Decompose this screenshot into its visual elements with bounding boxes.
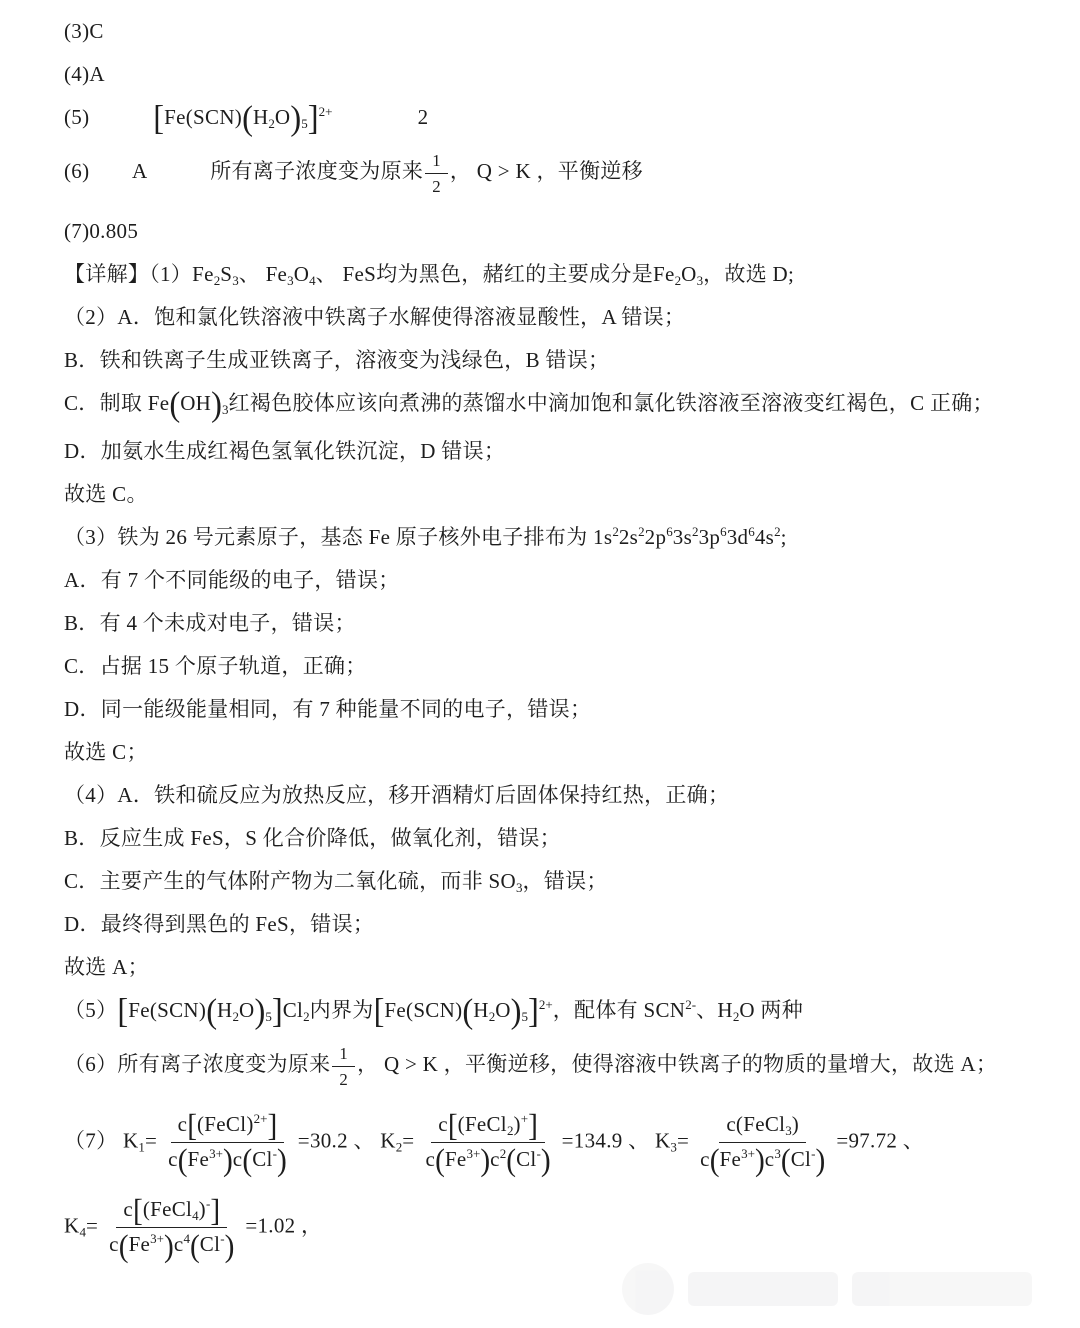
text-run: 故选 C。 — [64, 482, 148, 506]
fraction-denominator: 2 — [332, 1067, 355, 1089]
text-run: (FeCl — [458, 1112, 507, 1136]
text-run: 、 Fe — [239, 262, 287, 286]
fraction-numerator: c[(FeCl2)+] — [431, 1110, 545, 1144]
text-run: ，故选 D; — [703, 262, 794, 286]
text-run: 故选 A； — [64, 955, 149, 979]
bracket-glyph: ( — [190, 1232, 200, 1261]
text-run: (7)0.805 — [64, 219, 138, 243]
fraction: 12 — [425, 150, 448, 197]
fraction: c[(FeCl4)-]c(Fe3+)c4(Cl-) — [102, 1195, 241, 1260]
bracket-glyph: ( — [242, 1147, 252, 1176]
bracket-glyph: ) — [755, 1147, 765, 1176]
text-line: (4)A — [64, 59, 1062, 89]
text-run: O — [275, 105, 290, 129]
text-run: D．最终得到黑色的 FeS，错误； — [64, 912, 374, 936]
text-run: 、H — [696, 998, 733, 1022]
text-run: c — [765, 1147, 775, 1171]
text-run: Fe — [445, 1147, 467, 1171]
text-line: （2）A．饱和氯化铁溶液中铁离子水解使得溶液显酸性，A 错误； — [64, 302, 1062, 332]
fraction-numerator: c[(FeCl)2+] — [171, 1110, 285, 1144]
bracket-glyph: ] — [272, 997, 283, 1029]
text-run: 2 — [332, 105, 428, 129]
fraction: c(FeCl3)c(Fe3+)c3(Cl-) — [693, 1110, 832, 1174]
text-line: C．占据 15 个原子轨道，正确； — [64, 651, 1062, 681]
text-run: =30.2 、 K — [298, 1128, 396, 1152]
text-run: c — [490, 1147, 500, 1171]
superscript: 3+ — [209, 1146, 223, 1161]
superscript: 3+ — [466, 1146, 480, 1161]
text-run: Fe(SCN) — [164, 105, 242, 129]
superscript: 3+ — [150, 1231, 164, 1246]
text-run: OH — [180, 391, 211, 415]
text-run: ) — [513, 1112, 520, 1136]
bracket-glyph: ] — [210, 1197, 220, 1226]
bracket-glyph: ) — [816, 1147, 826, 1176]
text-run: O — [239, 998, 254, 1022]
bracket-glyph: [ — [133, 1197, 143, 1226]
bracket-glyph: [ — [374, 997, 385, 1029]
bracket-glyph: [ — [448, 1112, 458, 1141]
superscript: 2+ — [254, 1111, 268, 1126]
text-run: = — [402, 1128, 414, 1152]
text-run: Fe — [129, 1232, 151, 1256]
bracket-glyph: ) — [211, 390, 222, 422]
bracket-glyph: ( — [169, 390, 180, 422]
text-run: ， Q > K ，平衡逆移 — [450, 159, 643, 183]
bracket-glyph: ( — [506, 1147, 516, 1176]
text-run: c — [174, 1232, 184, 1256]
text-run: H — [473, 998, 488, 1022]
text-line: C．主要产生的气体附产物为二氧化硫，而非 SO3，错误； — [64, 866, 1062, 896]
text-run: O — [294, 262, 309, 286]
text-line: K4=c[(FeCl4)-]c(Fe3+)c4(Cl-)=1.02 ， — [64, 1195, 1062, 1260]
text-line: (6) A 所有离子浓度变为原来12， Q > K ，平衡逆移 — [64, 150, 1062, 197]
text-run: D．加氨水生成红褐色氢氧化铁沉淀，D 错误； — [64, 439, 505, 463]
watermark-logo-icon — [622, 1263, 674, 1315]
text-run: 3s — [673, 525, 692, 549]
text-run: 1 — [339, 1044, 348, 1063]
text-run: Fe — [188, 1147, 210, 1171]
text-line: B．反应生成 FeS，S 化合价降低，做氧化剂，错误； — [64, 823, 1062, 853]
text-run: c — [123, 1197, 133, 1221]
bracket-glyph: [ — [187, 1112, 197, 1141]
text-run: （5） — [64, 998, 117, 1022]
text-run: (6) A 所有离子浓度变为原来 — [64, 159, 423, 183]
bracket-glyph: ) — [541, 1147, 551, 1176]
text-run: A．有 7 个不同能级的电子，错误； — [64, 568, 400, 592]
text-run: （3）铁为 26 号元素原子，基态 Fe 原子核外电子排布为 1s — [64, 525, 612, 549]
text-run: ; — [781, 525, 787, 549]
superscript: + — [521, 1111, 528, 1126]
text-run: 4s — [755, 525, 774, 549]
fraction-denominator: 2 — [425, 174, 448, 196]
text-run: 1 — [432, 151, 441, 170]
text-line: C．制取 Fe(OH)3红褐色胶体应该向煮沸的蒸馏水中滴加饱和氯化铁溶液至溶液变… — [64, 388, 1062, 420]
document-body: (3)C(4)A(5) [Fe(SCN)(H2O)5]2+ 2(6) A 所有离… — [64, 16, 1062, 1260]
watermark-shape — [852, 1272, 1032, 1306]
text-line: D．加氨水生成红褐色氢氧化铁沉淀，D 错误； — [64, 436, 1062, 466]
bracket-glyph: ) — [277, 1147, 287, 1176]
document-page: (3)C(4)A(5) [Fe(SCN)(H2O)5]2+ 2(6) A 所有离… — [0, 0, 1080, 1328]
text-run: O 两种 — [739, 998, 803, 1022]
bracket-glyph: ) — [255, 997, 266, 1029]
text-run: Fe(SCN) — [128, 998, 206, 1022]
text-line: B．有 4 个未成对电子，错误； — [64, 608, 1062, 638]
text-run: 2 — [339, 1070, 348, 1089]
text-run: C．制取 Fe — [64, 391, 169, 415]
text-run: 故选 C； — [64, 740, 148, 764]
text-line: D．最终得到黑色的 FeS，错误； — [64, 909, 1062, 939]
watermark-shape — [688, 1272, 838, 1306]
text-run: ，错误； — [523, 869, 608, 893]
text-run: = — [86, 1213, 98, 1237]
text-line: 故选 A； — [64, 952, 1062, 982]
text-run: ) — [792, 1112, 799, 1136]
text-run: Cl — [252, 1147, 272, 1171]
fraction: 12 — [332, 1043, 355, 1090]
text-run: c — [178, 1112, 188, 1136]
text-line: （7） K1=c[(FeCl)2+]c(Fe3+)c(Cl-)=30.2 、 K… — [64, 1110, 1062, 1175]
text-run: (5) — [64, 105, 153, 129]
bracket-glyph: ( — [435, 1147, 445, 1176]
text-run: K — [64, 1213, 79, 1237]
bracket-glyph: ) — [511, 997, 522, 1029]
bracket-glyph: ( — [242, 103, 253, 135]
text-run: c(FeCl — [726, 1112, 785, 1136]
text-line: (5) [Fe(SCN)(H2O)5]2+ 2 — [64, 102, 1062, 134]
text-run: （4）A．铁和硫反应为放热反应，移开酒精灯后固体保持红热，正确； — [64, 783, 729, 807]
text-line: (7)0.805 — [64, 216, 1062, 246]
text-line: A．有 7 个不同能级的电子，错误； — [64, 565, 1062, 595]
text-run: H — [253, 105, 268, 129]
text-run: ) — [199, 1197, 206, 1221]
text-run: c — [425, 1147, 435, 1171]
bracket-glyph: ( — [119, 1232, 129, 1261]
text-run: （2）A．饱和氯化铁溶液中铁离子水解使得溶液显酸性，A 错误； — [64, 305, 685, 329]
superscript: 2+ — [319, 104, 333, 119]
text-line: （3）铁为 26 号元素原子，基态 Fe 原子核外电子排布为 1s22s22p6… — [64, 522, 1062, 552]
text-run: ，配体有 SCN — [553, 998, 686, 1022]
bracket-glyph: ) — [290, 103, 301, 135]
text-run: C．占据 15 个原子轨道，正确； — [64, 654, 367, 678]
text-run: C．主要产生的气体附产物为二氧化硫，而非 SO — [64, 869, 516, 893]
text-run: O — [681, 262, 696, 286]
text-line: 【详解】（1）Fe2S3、 Fe3O4、 FeS均为黑色，赭红的主要成分是Fe2… — [64, 259, 1062, 289]
text-run: Cl — [200, 1232, 220, 1256]
superscript: 2- — [685, 997, 696, 1012]
text-run: Fe — [720, 1147, 742, 1171]
text-run: 3p — [699, 525, 721, 549]
bracket-glyph: ] — [528, 1112, 538, 1141]
text-run: 内界为 — [310, 998, 374, 1022]
bracket-glyph: ] — [308, 103, 319, 135]
text-run: = — [677, 1128, 689, 1152]
text-run: (FeCl) — [197, 1112, 254, 1136]
bracket-glyph: ( — [462, 997, 473, 1029]
text-run: 2s — [619, 525, 638, 549]
fraction: c[(FeCl)2+]c(Fe3+)c(Cl-) — [161, 1110, 294, 1175]
fraction-numerator: 1 — [332, 1043, 355, 1067]
bracket-glyph: ] — [528, 997, 539, 1029]
text-run: =97.72 、 — [836, 1128, 924, 1152]
text-run: O — [495, 998, 510, 1022]
text-run: 2 — [432, 177, 441, 196]
fraction: c[(FeCl2)+]c(Fe3+)c2(Cl-) — [418, 1110, 557, 1175]
bracket-glyph: ] — [268, 1112, 278, 1141]
text-line: （6）所有离子浓度变为原来12， Q > K ，平衡逆移，使得溶液中铁离子的物质… — [64, 1043, 1062, 1090]
bracket-glyph: ( — [206, 997, 217, 1029]
bracket-glyph: ( — [781, 1147, 791, 1176]
text-line: （4）A．铁和硫反应为放热反应，移开酒精灯后固体保持红热，正确； — [64, 780, 1062, 810]
text-run: 2p — [645, 525, 667, 549]
text-line: B．铁和铁离子生成亚铁离子，溶液变为浅绿色，B 错误； — [64, 345, 1062, 375]
text-run: =1.02 ， — [245, 1213, 322, 1237]
text-run: Cl — [283, 998, 303, 1022]
fraction-denominator: c(Fe3+)c2(Cl-) — [418, 1143, 557, 1175]
fraction-denominator: c(Fe3+)c3(Cl-) — [693, 1143, 832, 1175]
text-run: (4)A — [64, 62, 105, 86]
text-line: (3)C — [64, 16, 1062, 46]
text-run: D．同一能级能量相同，有 7 种能量不同的电子，错误； — [64, 697, 591, 721]
text-run: (FeCl — [143, 1197, 192, 1221]
text-run: Cl — [516, 1147, 536, 1171]
watermark — [622, 1260, 1052, 1318]
text-run: H — [217, 998, 232, 1022]
text-run: c — [168, 1147, 178, 1171]
fraction-numerator: c[(FeCl4)-] — [116, 1195, 227, 1229]
text-run: c — [109, 1232, 119, 1256]
text-run: =134.9 、 K — [562, 1128, 671, 1152]
text-line: D．同一能级能量相同，有 7 种能量不同的电子，错误； — [64, 694, 1062, 724]
text-run: Cl — [791, 1147, 811, 1171]
text-run: S — [220, 262, 232, 286]
text-run: 3d — [727, 525, 749, 549]
text-run: c — [438, 1112, 448, 1136]
superscript: 2+ — [539, 997, 553, 1012]
text-run: c — [233, 1147, 243, 1171]
text-run: 、 FeS均为黑色，赭红的主要成分是Fe — [316, 262, 675, 286]
superscript: 3+ — [741, 1146, 755, 1161]
text-line: （5）[Fe(SCN)(H2O)5]Cl2内界为[Fe(SCN)(H2O)5]2… — [64, 995, 1062, 1027]
text-run: Fe(SCN) — [384, 998, 462, 1022]
fraction-numerator: 1 — [425, 150, 448, 174]
text-line: 故选 C。 — [64, 479, 1062, 509]
text-run: B．铁和铁离子生成亚铁离子，溶液变为浅绿色，B 错误； — [64, 348, 609, 372]
text-run: （6）所有离子浓度变为原来 — [64, 1052, 330, 1076]
text-run: （7） K — [64, 1128, 138, 1152]
text-run: (3)C — [64, 19, 104, 43]
text-run: B．有 4 个未成对电子，错误； — [64, 611, 356, 635]
bracket-glyph: [ — [153, 103, 164, 135]
text-run: 红褐色胶体应该向煮沸的蒸馏水中滴加饱和氯化铁溶液至溶液变红褐色，C 正确； — [229, 391, 994, 415]
text-run: 【详解】（1）Fe — [64, 262, 214, 286]
bracket-glyph: ( — [178, 1147, 188, 1176]
bracket-glyph: ) — [225, 1232, 235, 1261]
text-run: B．反应生成 FeS，S 化合价降低，做氧化剂，错误； — [64, 826, 561, 850]
bracket-glyph: ) — [164, 1232, 174, 1261]
text-line: 故选 C； — [64, 737, 1062, 767]
bracket-glyph: [ — [117, 997, 128, 1029]
fraction-denominator: c(Fe3+)c4(Cl-) — [102, 1228, 241, 1260]
text-run: c — [700, 1147, 710, 1171]
text-run: = — [145, 1128, 157, 1152]
fraction-numerator: c(FeCl3) — [719, 1110, 806, 1142]
bracket-glyph: ) — [480, 1147, 490, 1176]
text-run: ， Q > K ，平衡逆移，使得溶液中铁离子的物质的量增大，故选 A； — [357, 1052, 997, 1076]
bracket-glyph: ) — [223, 1147, 233, 1176]
bracket-glyph: ( — [710, 1147, 720, 1176]
fraction-denominator: c(Fe3+)c(Cl-) — [161, 1143, 294, 1175]
